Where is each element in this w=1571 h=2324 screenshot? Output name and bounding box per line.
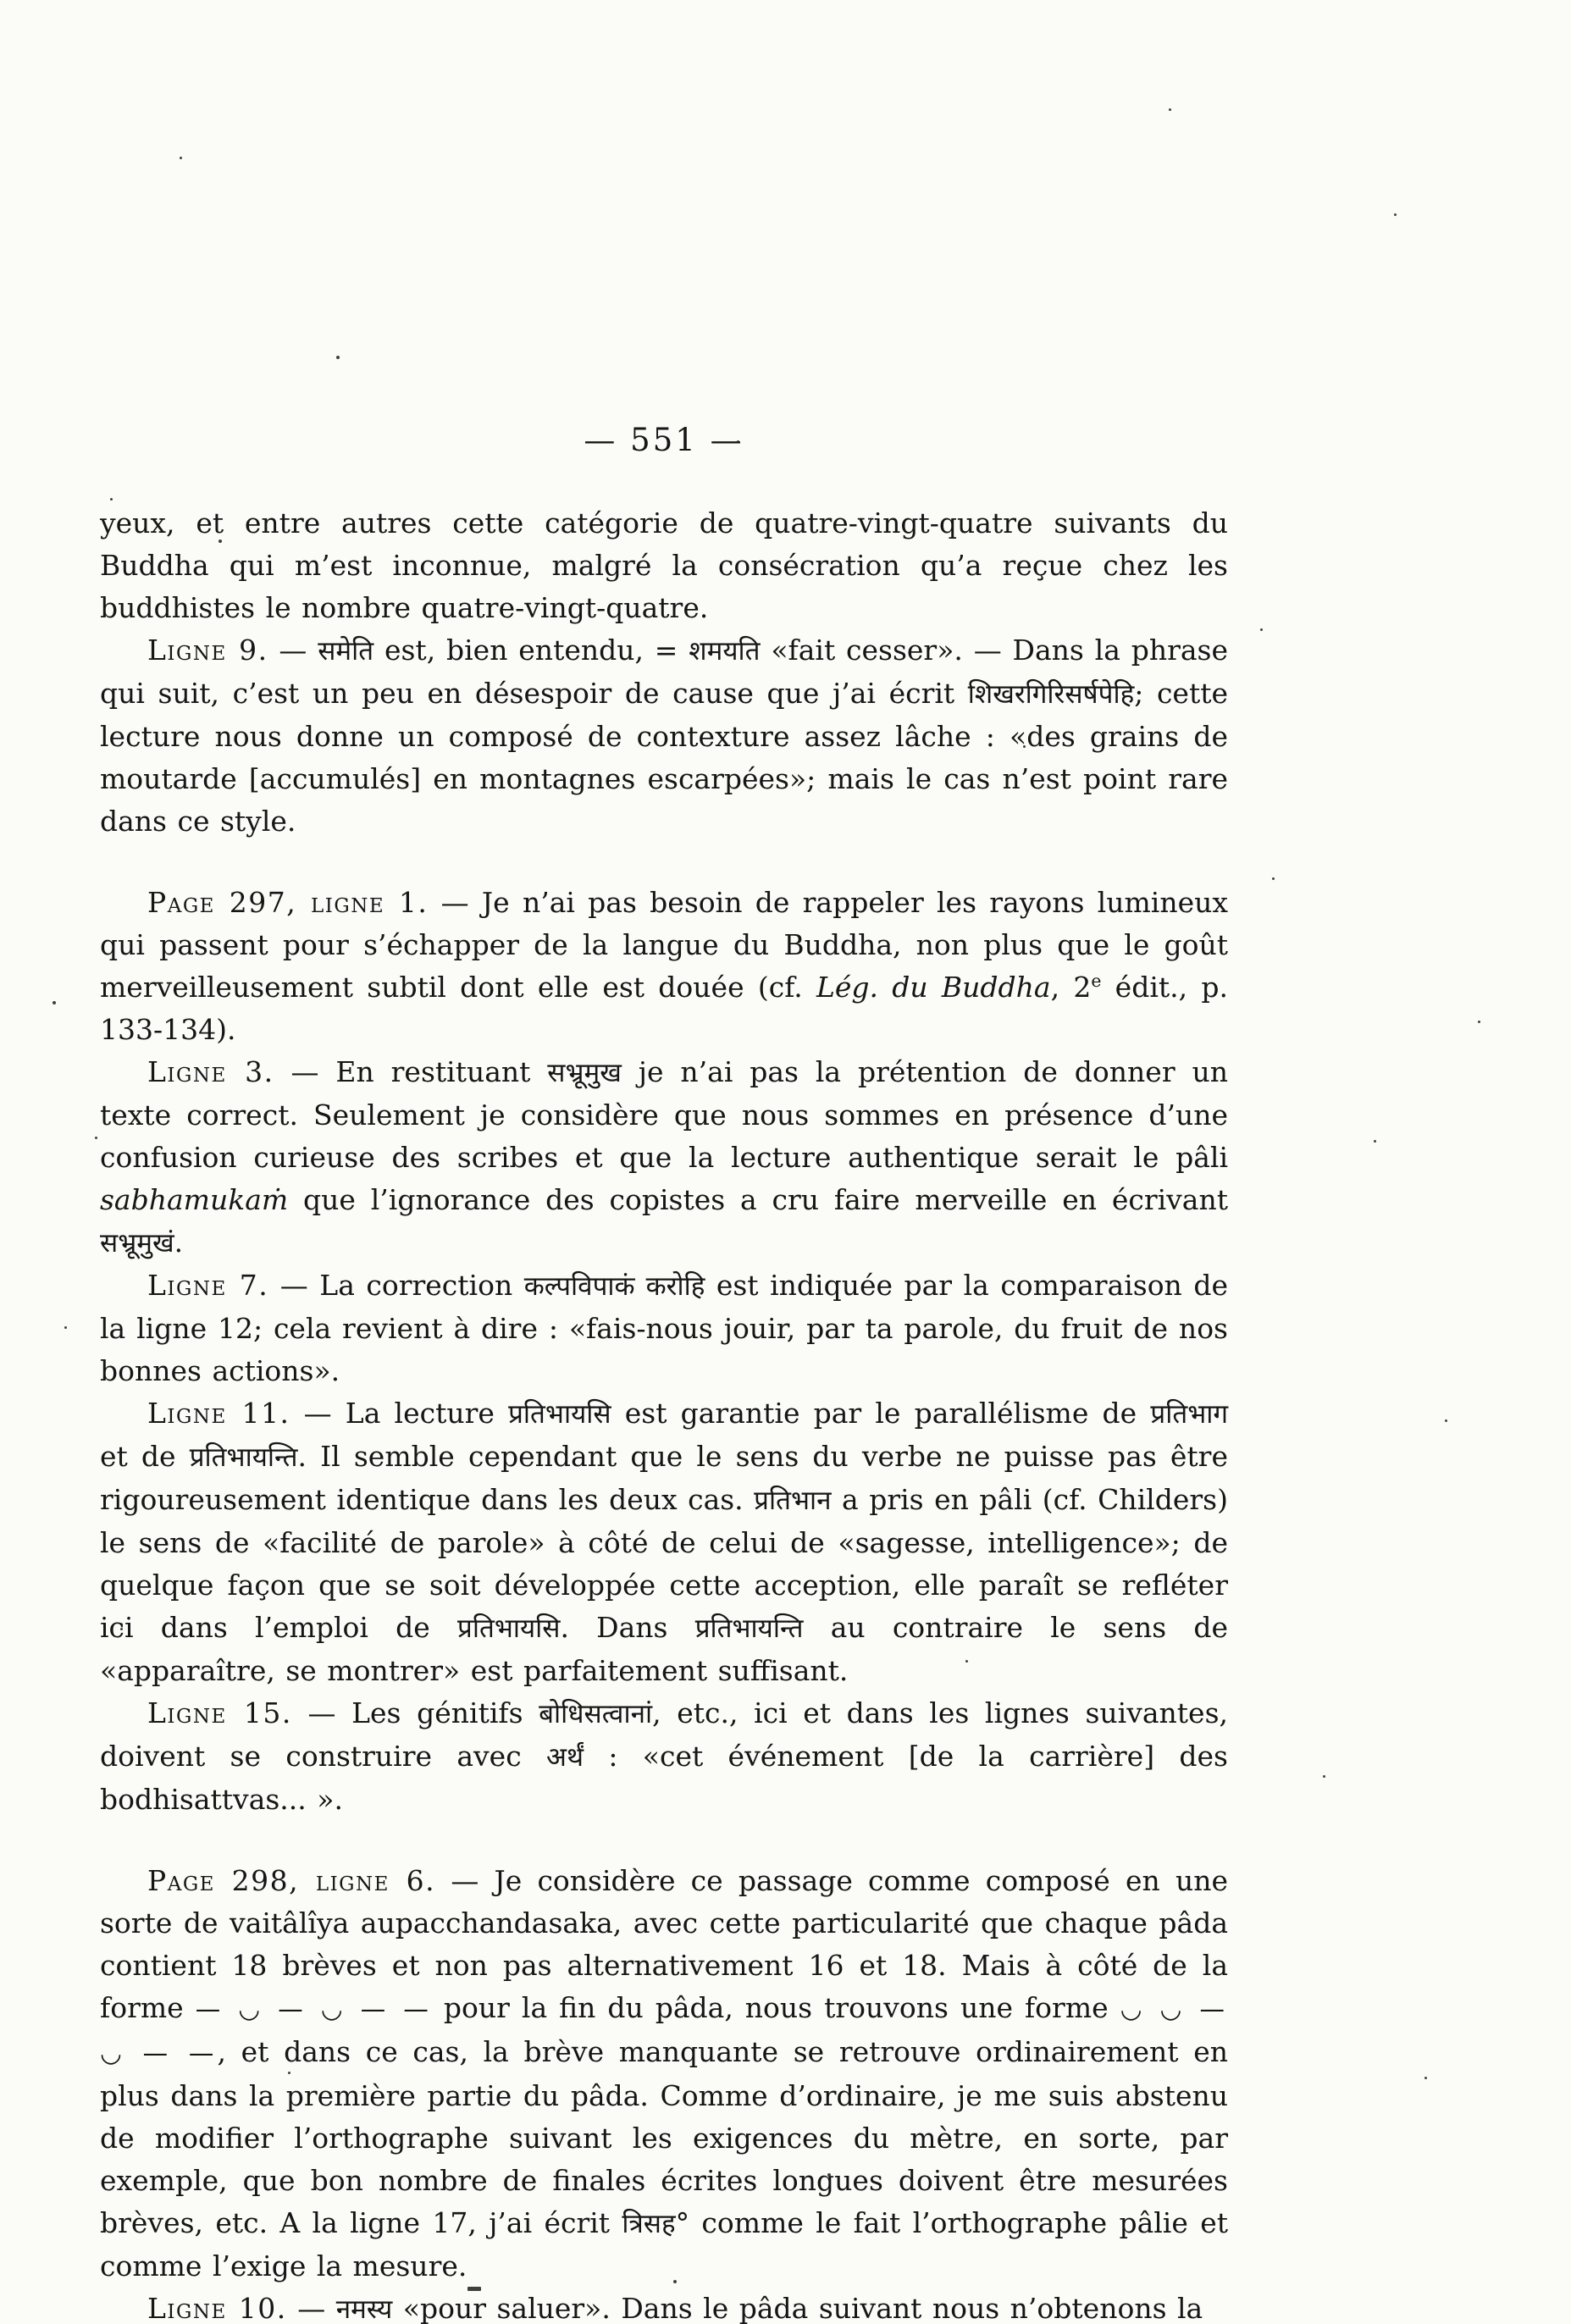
devanagari-text: प्रतिभायन्ति <box>695 1613 804 1644</box>
scan-speckle <box>336 356 340 359</box>
page-number: — 551 — <box>100 422 1228 458</box>
scan-speckle <box>120 1628 123 1630</box>
devanagari-text: प्रतिभाग <box>1150 1399 1228 1430</box>
note-label: Ligne 7. <box>147 1269 268 1302</box>
scan-speckle <box>64 1326 67 1329</box>
scan-speckle <box>673 2280 677 2283</box>
scan-speckle <box>1374 1140 1376 1143</box>
scan-speckle <box>53 1001 56 1004</box>
continuation-paragraph: yeux, et entre autres cette catégorie de… <box>100 502 1228 629</box>
metrical-notation: — ◡ — ◡ — — <box>196 1995 432 2024</box>
note-label: Ligne 3. <box>147 1055 274 1088</box>
scan-speckle <box>1023 745 1026 748</box>
text-segment: que l’ignorance des copistes a cru faire… <box>288 1183 1228 1216</box>
note-ligne-11: Ligne 11. — La lecture प्रतिभायसि est ga… <box>100 1392 1228 1692</box>
text-segment: ° <box>676 2206 690 2239</box>
text-block: — 551 — yeux, et entre autres cette caté… <box>100 422 1228 2324</box>
text-segment: — <box>268 634 318 667</box>
scan-speckle <box>1424 2077 1427 2079</box>
note-ligne-10: Ligne 10. — नमस्य «pour saluer». Dans le… <box>100 2288 1228 2324</box>
scan-speckle <box>827 2173 831 2177</box>
paragraphs-container: yeux, et entre autres cette catégorie de… <box>100 502 1228 2324</box>
text-segment: — En restituant <box>274 1055 548 1088</box>
text-segment: . Dans <box>560 1611 694 1644</box>
note-label: Page 297, ligne 1. <box>147 886 428 919</box>
scanned-book-page: { "colors": { "paper": "#fbfbf8", "ink":… <box>0 0 1571 2324</box>
devanagari-text: त्रिसह <box>622 2209 675 2239</box>
text-segment: sabhamukaṁ <box>100 1183 288 1216</box>
scan-speckle <box>1478 1021 1480 1023</box>
scan-speckle <box>288 2072 290 2074</box>
text-segment: e <box>1091 971 1101 991</box>
devanagari-text: सभ्रूमुखं <box>100 1228 174 1259</box>
text-segment: — La lecture <box>290 1397 508 1430</box>
devanagari-text: सभ्रूमुख <box>547 1058 622 1088</box>
devanagari-text: समेति <box>318 636 373 667</box>
devanagari-text: प्रतिभायसि <box>457 1613 560 1644</box>
text-segment: . <box>174 1226 184 1259</box>
text-segment: est garantie par le parallélisme de <box>611 1397 1151 1430</box>
text-segment: Lég. du Buddha <box>816 971 1051 1004</box>
devanagari-text: प्रतिभायन्ति <box>190 1442 298 1473</box>
text-segment: pour la fin du pâda, nous trouvons une f… <box>432 1991 1120 2024</box>
note-ligne-7: Ligne 7. — La correction कल्पविपाकं करोह… <box>100 1264 1228 1392</box>
scan-speckle <box>1272 877 1275 880</box>
note-label: Page 298, ligne 6. <box>147 1864 435 1897</box>
devanagari-text: बोधिसत्वानां <box>539 1699 652 1729</box>
scan-speckle <box>1394 213 1397 216</box>
devanagari-text: शमयति <box>689 636 760 667</box>
devanagari-text: प्रतिभान <box>754 1486 831 1516</box>
devanagari-text: शिखरगिरिसर्षपेहि <box>968 679 1134 710</box>
note-label: Ligne 10. <box>147 2292 287 2324</box>
text-segment: — Les génitifs <box>292 1696 539 1729</box>
scan-speckle <box>219 539 222 543</box>
scan-speckle <box>1169 108 1171 111</box>
note-ligne-9: Ligne 9. — समेति est, bien entendu, = शम… <box>100 629 1228 843</box>
scan-speckle <box>1260 628 1263 631</box>
note-label: Ligne 15. <box>147 1696 292 1729</box>
text-segment: , 2 <box>1051 971 1092 1004</box>
text-segment: et de <box>100 1440 190 1473</box>
note-ligne-3: Ligne 3. — En restituant सभ्रूमुख je n’a… <box>100 1051 1228 1264</box>
text-segment: yeux, et entre autres cette catégorie de… <box>100 506 1228 624</box>
note-page-298-ligne-6: Page 298, ligne 6. — Je considère ce pas… <box>100 1860 1228 2288</box>
scan-speckle <box>1323 1775 1325 1778</box>
devanagari-text: नमस्य <box>336 2294 393 2324</box>
scan-speckle <box>467 2287 481 2291</box>
note-label: Ligne 11. <box>147 1397 290 1430</box>
scan-speckle <box>95 1137 97 1139</box>
scan-speckle <box>1445 1419 1447 1422</box>
note-ligne-15: Ligne 15. — Les génitifs बोधिसत्वानां, e… <box>100 1692 1228 1821</box>
text-segment: — <box>287 2292 336 2324</box>
scan-speckle <box>965 1660 968 1663</box>
devanagari-text: अर्थं <box>546 1742 584 1773</box>
note-label: Ligne 9. <box>147 634 268 667</box>
devanagari-text: कल्पविपाकं करोहि <box>524 1271 705 1302</box>
text-segment: est, bien entendu, = <box>373 634 689 667</box>
scan-speckle <box>180 157 182 159</box>
note-page-297-ligne-1: Page 297, ligne 1. — Je n’ai pas besoin … <box>100 882 1228 1051</box>
scan-speckle <box>110 498 113 501</box>
scan-speckle <box>737 440 739 443</box>
text-segment: «pour saluer». Dans le pâda suivant nous… <box>392 2292 1203 2324</box>
devanagari-text: प्रतिभायसि <box>508 1399 611 1430</box>
text-segment: — La correction <box>268 1269 523 1302</box>
